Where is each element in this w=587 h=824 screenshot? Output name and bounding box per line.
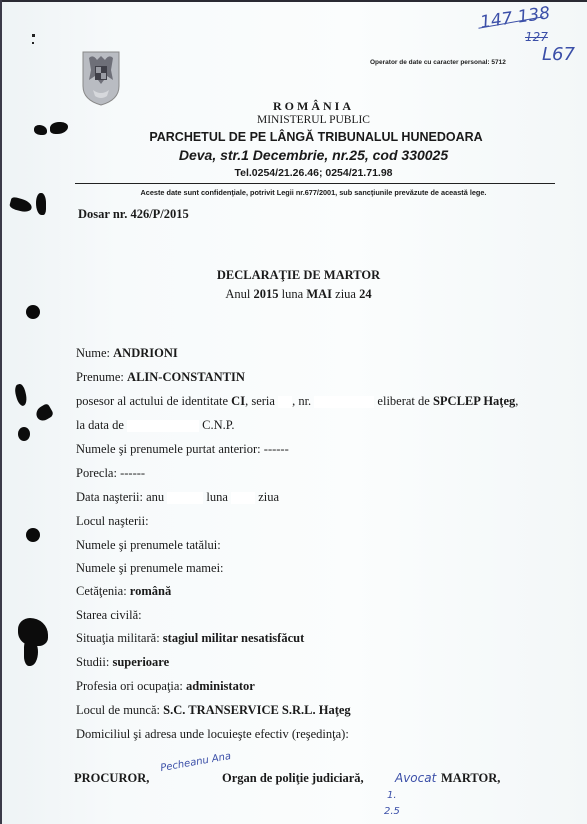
header-country: ROMÂNIA	[0, 99, 587, 114]
father-label: Numele şi prenumele tatălui:	[76, 538, 221, 552]
firstname-label: Prenume:	[76, 370, 124, 384]
header-ministry: MINISTERUL PUBLIC	[0, 114, 587, 126]
field-workplace: Locul de muncă: S.C. TRANSERVICE S.R.L. …	[76, 703, 351, 718]
punch-hole-blot	[13, 383, 28, 407]
occupation-label: Profesia ori ocupaţia:	[76, 679, 183, 693]
studies-label: Studii:	[76, 655, 109, 669]
header-office: PARCHETUL DE PE LÂNGĂ TRIBUNALUL HUNEDOA…	[0, 130, 587, 144]
birthplace-label: Locul naşterii:	[76, 514, 149, 528]
citizenship-value: română	[130, 584, 171, 598]
military-label: Situaţia militară:	[76, 631, 160, 645]
document-page: Operator de date cu caracter personal: 5…	[0, 0, 587, 824]
scan-speck	[32, 42, 34, 44]
redacted-birth-year	[167, 492, 203, 504]
occupation-value: administator	[186, 679, 255, 693]
field-firstname: Prenume: ALIN-CONSTANTIN	[76, 370, 245, 385]
issue-date-label: la data de	[76, 418, 124, 432]
punch-hole	[26, 528, 40, 542]
date-year-label: Anul	[225, 287, 250, 301]
military-value: stagiul militar nesatisfăcut	[163, 631, 304, 645]
field-former-name: Numele şi prenumele purtat anterior: ---…	[76, 442, 289, 457]
id-text: posesor al actului de identitate	[76, 394, 228, 408]
case-file-number: Dosar nr. 426/P/2015	[78, 207, 189, 222]
birth-year-label: Data naşterii: anu	[76, 490, 164, 504]
date-year: 2015	[254, 287, 279, 301]
coat-of-arms-icon	[81, 50, 121, 106]
field-residence: Domiciliul şi adresa unde locuieşte efec…	[76, 727, 349, 742]
advocate-handwritten: Avocat	[395, 771, 436, 785]
workplace-label: Locul de muncă:	[76, 703, 160, 717]
mother-label: Numele şi prenumele mamei:	[76, 561, 224, 575]
field-birthplace: Locul naşterii:	[76, 514, 149, 529]
studies-value: superioare	[112, 655, 169, 669]
punch-hole-blot	[34, 403, 55, 423]
issued-by-value: SPCLEP Haţeg	[433, 394, 515, 408]
surname-label: Nume:	[76, 346, 110, 360]
date-month-label: luna	[282, 287, 304, 301]
police-signature-label: Organ de poliţie judiciară,	[222, 771, 364, 786]
field-father: Numele şi prenumele tatălui:	[76, 538, 221, 553]
punch-hole-blot	[36, 193, 46, 215]
id-number-label: , nr.	[292, 394, 311, 408]
field-nickname: Porecla: ------	[76, 466, 145, 481]
birth-day-label: ziua	[258, 490, 279, 504]
handwritten-note-1: 1.	[387, 790, 397, 801]
declaration-date: Anul 2015 luna MAI ziua 24	[0, 287, 587, 302]
header-phone: Tel.0254/21.26.46; 0254/21.71.98	[0, 167, 587, 179]
field-mother: Numele şi prenumele mamei:	[76, 561, 224, 576]
birth-month-label: luna	[206, 490, 228, 504]
witness-signature-label: MARTOR,	[441, 771, 500, 786]
field-marital-status: Starea civilă:	[76, 608, 142, 623]
redacted-issue-date	[127, 420, 199, 432]
former-name-label: Numele şi prenumele purtat anterior:	[76, 442, 261, 456]
date-month: MAI	[306, 287, 332, 301]
date-day: 24	[359, 287, 372, 301]
field-surname: Nume: ANDRIONI	[76, 346, 178, 361]
scan-edge-top	[0, 0, 587, 2]
handwritten-page-current: L67	[542, 44, 575, 65]
punch-hole	[26, 305, 40, 319]
punch-hole-blot	[9, 196, 33, 213]
operator-note: Operator de date cu caracter personal: 5…	[370, 59, 506, 66]
redacted-birth-month	[231, 492, 255, 504]
surname-value: ANDRIONI	[113, 346, 178, 360]
redacted-id-number	[314, 396, 374, 408]
field-studies: Studii: superioare	[76, 655, 169, 670]
field-occupation: Profesia ori ocupaţia: administator	[76, 679, 255, 694]
scan-speck	[32, 34, 35, 37]
marital-label: Starea civilă:	[76, 608, 142, 622]
handwritten-note-2: 2.5	[384, 806, 400, 817]
id-type: CI	[231, 394, 245, 408]
nickname-value: ------	[120, 466, 145, 480]
date-day-label: ziua	[335, 287, 356, 301]
redacted-id-series	[278, 396, 292, 408]
field-identity: posesor al actului de identitate CI, ser…	[76, 394, 518, 409]
prosecutor-signature-label: PROCUROR,	[74, 771, 149, 786]
nickname-label: Porecla:	[76, 466, 117, 480]
field-citizenship: Cetăţenia: română	[76, 584, 171, 599]
header-address: Deva, str.1 Decembrie, nr.25, cod 330025	[0, 147, 587, 163]
issued-by-label: eliberat de	[377, 394, 429, 408]
workplace-value: S.C. TRANSERVICE S.R.L. Haţeg	[163, 703, 351, 717]
id-series-label: , seria	[245, 394, 275, 408]
punch-hole-blot	[34, 125, 47, 135]
field-military: Situaţia militară: stagiul militar nesat…	[76, 631, 304, 646]
punch-hole-blot	[18, 427, 30, 441]
cnp-label: C.N.P.	[202, 418, 234, 432]
former-name-value: ------	[264, 442, 289, 456]
citizenship-label: Cetăţenia:	[76, 584, 127, 598]
document-title: DECLARAŢIE DE MARTOR	[0, 268, 587, 283]
residence-label: Domiciliul şi adresa unde locuieşte efec…	[76, 727, 349, 741]
field-birth-date: Data naşterii: anu luna ziua	[76, 490, 279, 505]
handwritten-struck-number: 127	[525, 30, 548, 44]
confidentiality-notice: Aceste date sunt confidenţiale, potrivit…	[0, 188, 587, 197]
header-divider	[75, 183, 555, 184]
firstname-value: ALIN-CONSTANTIN	[127, 370, 245, 384]
handwritten-page-numbers: 147 138	[479, 3, 551, 33]
field-issue-date: la data de C.N.P.	[76, 418, 234, 433]
punch-hole-blot	[24, 640, 38, 666]
